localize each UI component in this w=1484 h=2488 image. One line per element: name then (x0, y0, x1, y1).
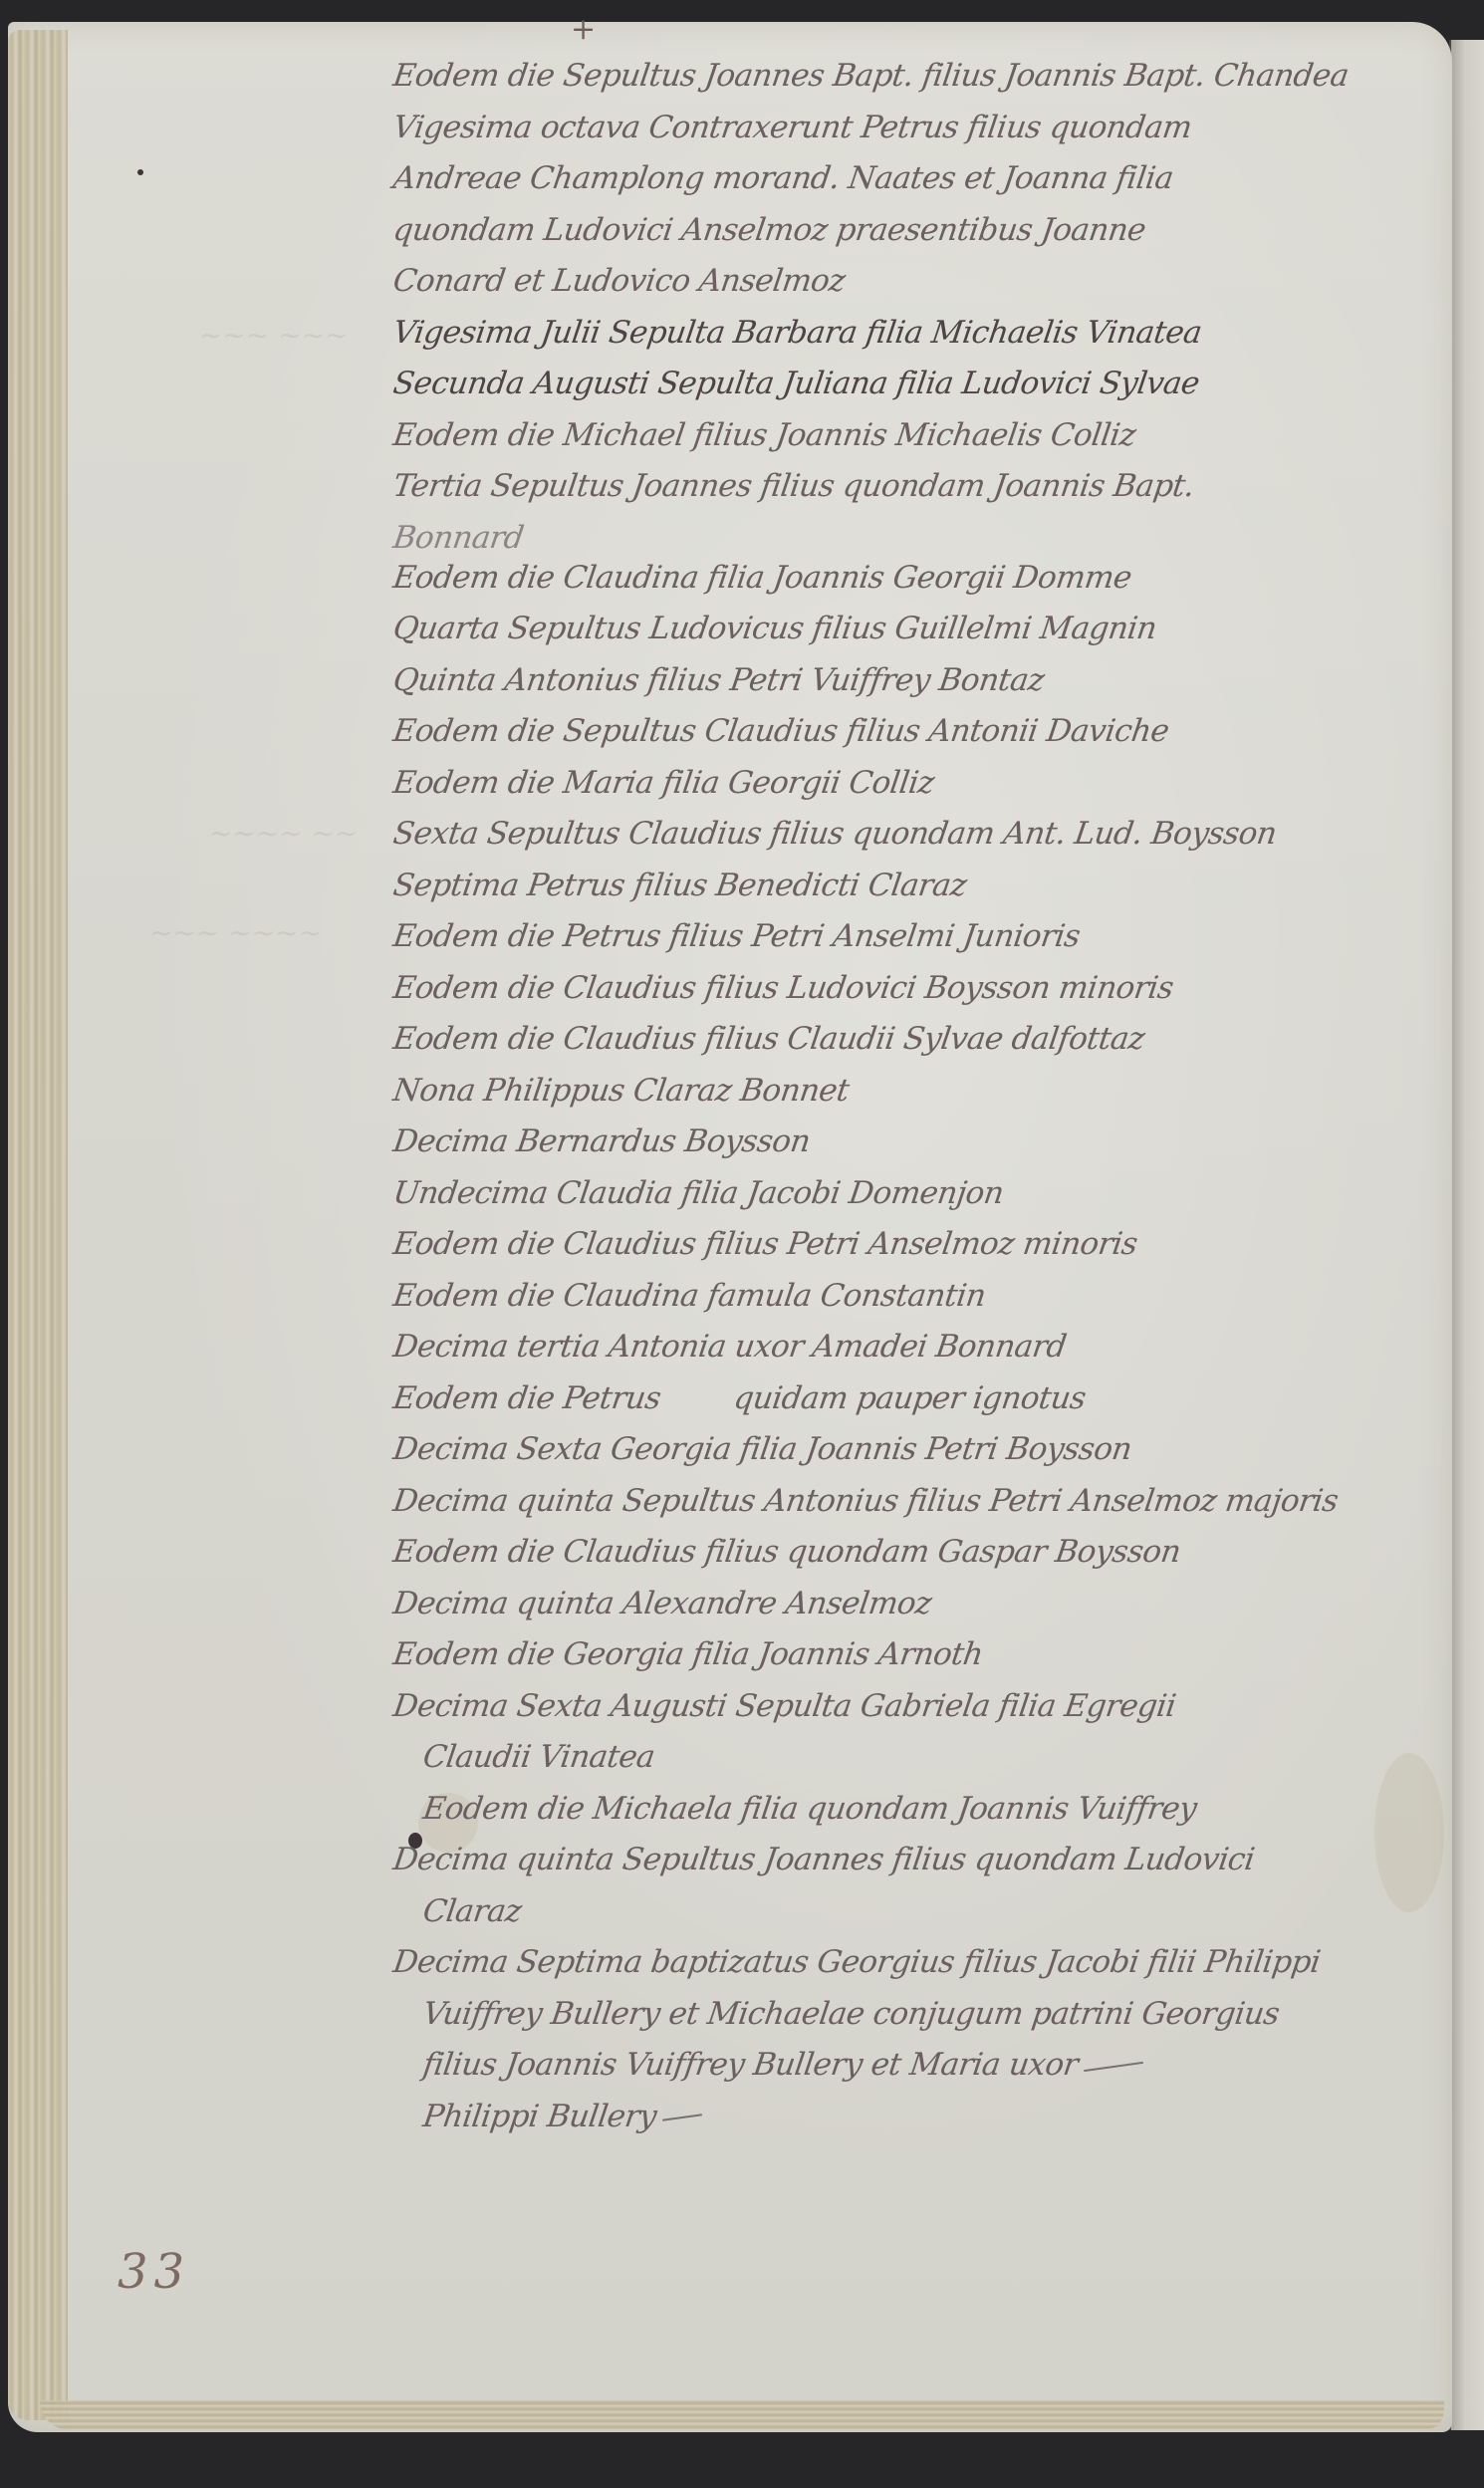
register-line: Decima quinta Sepultus Antonius filius P… (393, 1483, 1449, 1535)
register-line: filius Joannis Vuiffrey Bullery et Maria… (393, 2047, 1449, 2099)
ink-blot (137, 169, 143, 175)
register-entries: Eodem die Sepultus Joannes Bapt. filius … (393, 58, 1449, 2149)
register-line: Decima Sexta Augusti Sepulta Gabriela fi… (393, 1688, 1449, 1740)
register-line: Tertia Sepultus Joannes filius quondam J… (393, 468, 1449, 520)
register-line: Eodem die Georgia filia Joannis Arnoth (393, 1636, 1449, 1688)
bleed-through-text: ~~~ ~~~~ (146, 916, 325, 949)
register-line: Bonnard (393, 520, 1449, 560)
register-line: Claraz (393, 1893, 1449, 1945)
register-line: Nona Philippus Claraz Bonnet (393, 1073, 1449, 1124)
register-line: Vigesima octava Contraxerunt Petrus fili… (393, 110, 1449, 161)
register-line: Sexta Sepultus Claudius filius quondam A… (393, 816, 1449, 868)
top-cross-mark: + (571, 12, 596, 47)
register-line: Eodem die Claudius filius Ludovici Boyss… (393, 970, 1449, 1022)
line-end-flourish (662, 2114, 702, 2121)
bleed-through-text: ~~~ ~~~ (196, 319, 351, 352)
register-line: Decima Sexta Georgia filia Joannis Petri… (393, 1431, 1449, 1483)
register-line: Eodem die Claudina filia Joannis Georgii… (393, 560, 1449, 612)
register-line: Septima Petrus filius Benedicti Claraz (393, 868, 1449, 919)
register-line: Eodem die Michaela filia quondam Joannis… (393, 1791, 1449, 1843)
register-line: Claudii Vinatea (393, 1739, 1449, 1791)
register-line: Andreae Champlong morand. Naates et Joan… (393, 160, 1449, 212)
page-number: 33 (118, 2244, 190, 2300)
register-line: Eodem die Maria filia Georgii Colliz (393, 765, 1449, 817)
register-line: Conard et Ludovico Anselmoz (393, 263, 1449, 315)
register-line: Eodem die Claudius filius Petri Anselmoz… (393, 1226, 1449, 1278)
register-line: Quinta Antonius filius Petri Vuiffrey Bo… (393, 662, 1449, 714)
register-line: Philippi Bullery (393, 2099, 1449, 2150)
line-flourish (1084, 2061, 1143, 2071)
register-line: Eodem die Claudius filius Claudii Sylvae… (393, 1021, 1449, 1073)
register-line: Eodem die Claudius filius quondam Gaspar… (393, 1534, 1449, 1586)
register-line: Eodem die Petrus filius Petri Anselmi Ju… (393, 918, 1449, 970)
register-line: Vigesima Julii Sepulta Barbara filia Mic… (393, 315, 1449, 367)
register-line: Eodem die Sepultus Claudius filius Anton… (393, 713, 1449, 765)
page-stack-bottom-edge (40, 2400, 1444, 2430)
register-line: Eodem die Sepultus Joannes Bapt. filius … (393, 58, 1449, 110)
bleed-through-text: ~~~~ ~~ (206, 817, 361, 850)
register-line: Decima quinta Alexandre Anselmoz (393, 1586, 1449, 1637)
next-page-edge (1449, 40, 1484, 2430)
register-line: Decima Bernardus Boysson (393, 1123, 1449, 1175)
register-line: Decima quinta Sepultus Joannes filius qu… (393, 1842, 1449, 1893)
register-line: Vuiffrey Bullery et Michaelae conjugum p… (393, 1996, 1449, 2048)
register-line: Decima Septima baptizatus Georgius filiu… (393, 1944, 1449, 1996)
register-line: Undecima Claudia filia Jacobi Domenjon (393, 1175, 1449, 1227)
register-line: Eodem die Michael filius Joannis Michael… (393, 417, 1449, 469)
register-line: quondam Ludovici Anselmoz praesentibus J… (393, 212, 1449, 264)
register-line: Eodem die Petrus quidam pauper ignotus (393, 1380, 1449, 1432)
register-line: Secunda Augusti Sepulta Juliana filia Lu… (393, 366, 1449, 417)
page-stack-left-edge (8, 30, 68, 2420)
register-line: Decima tertia Antonia uxor Amadei Bonnar… (393, 1329, 1449, 1380)
register-line: Eodem die Claudina famula Constantin (393, 1278, 1449, 1330)
register-line: Quarta Sepultus Ludovicus filius Guillel… (393, 611, 1449, 662)
